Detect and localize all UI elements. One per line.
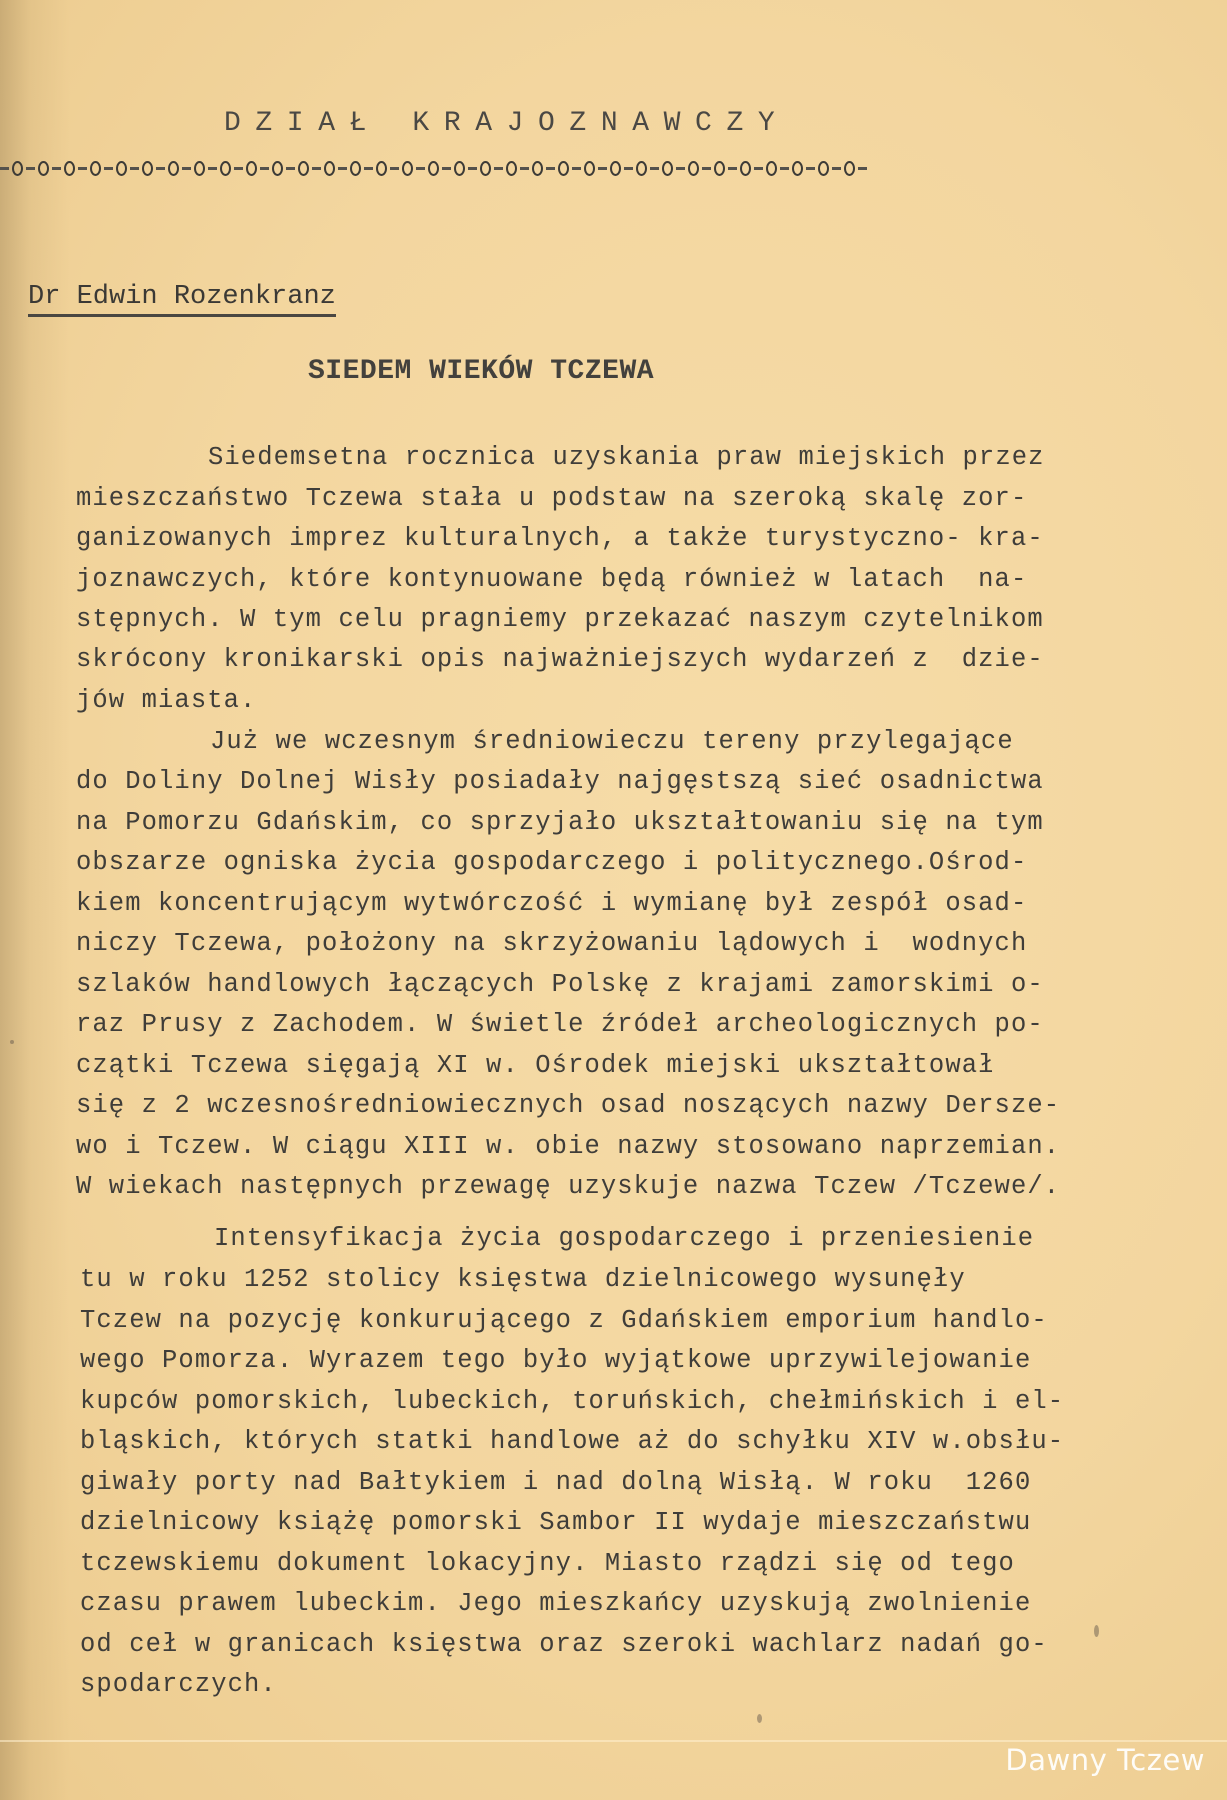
text-line: spodarczych. (80, 1670, 277, 1700)
ornament-ring (350, 161, 361, 176)
ornament-dash (26, 167, 35, 170)
ornament-ring (558, 161, 569, 176)
text-line: mieszczaństwo Tczewa stała u podstaw na … (76, 484, 1027, 514)
ornament-dash (130, 167, 139, 170)
ornament-ring (636, 161, 647, 176)
ornament-dash (624, 167, 633, 170)
ornament-dash (182, 167, 191, 170)
ornament-dash (468, 167, 477, 170)
text-line: od ceł w granicach księstwa oraz szeroki… (80, 1630, 1048, 1660)
watermark-text: Dawny Tczew (1005, 1743, 1205, 1777)
ornament-dash (312, 167, 321, 170)
ornament-ring (766, 161, 777, 176)
text-line: Już we wczesnym średniowieczu tereny prz… (210, 727, 1014, 757)
ornament-dash (806, 167, 815, 170)
ornament-dash (442, 167, 451, 170)
ornament-dash (260, 167, 269, 170)
text-line: szlaków handlowych łączących Polskę z kr… (76, 970, 1044, 1000)
ornament-dash (390, 167, 399, 170)
text-line: ganizowanych imprez kulturalnych, a takż… (76, 524, 1044, 554)
ornament-ring (428, 161, 439, 176)
text-line: wego Pomorza. Wyrazem tego było wyjątkow… (80, 1346, 1031, 1376)
author-name: Dr Edwin Rozenkranz (28, 282, 336, 317)
ornament-ring (272, 161, 283, 176)
text-line: W wiekach następnych przewagę uzyskuje n… (76, 1172, 1060, 1202)
ornament-dash (208, 167, 217, 170)
ornament-ring (142, 161, 153, 176)
paper-fold-line (0, 1740, 1227, 1742)
ornament-dash (520, 167, 529, 170)
ornament-dash (494, 167, 503, 170)
ornament-divider (0, 156, 1090, 180)
ornament-dash (286, 167, 295, 170)
ornament-ring (740, 161, 751, 176)
ornament-dash (650, 167, 659, 170)
ornament-dash (858, 167, 867, 170)
ornament-ring (584, 161, 595, 176)
text-line: joznawczych, które kontynuowane będą rów… (76, 565, 1027, 595)
ornament-ring (38, 161, 49, 176)
paper-speck (757, 1714, 762, 1723)
ornament-dash (780, 167, 789, 170)
ornament-ring (298, 161, 309, 176)
ornament-dash (0, 167, 9, 170)
ornament-ring (194, 161, 205, 176)
text-line: obszarze ogniska życia gospodarczego i p… (76, 848, 1027, 878)
ornament-dash (702, 167, 711, 170)
ornament-dash (754, 167, 763, 170)
text-line: niczy Tczewa, położony na skrzyżowaniu l… (76, 929, 1027, 959)
ornament-ring (610, 161, 621, 176)
ornament-ring (792, 161, 803, 176)
ornament-dash (104, 167, 113, 170)
text-line: Siedemsetna rocznica uzyskania praw miej… (208, 443, 1045, 473)
text-line: wo i Tczew. W ciągu XIII w. obie nazwy s… (76, 1132, 1060, 1162)
ornament-ring (324, 161, 335, 176)
article-title: SIEDEM WIEKÓW TCZEWA (308, 356, 654, 387)
ornament-ring (818, 161, 829, 176)
text-line: się z 2 wczesnośredniowiecznych osad nos… (76, 1091, 1060, 1121)
ornament-ring (506, 161, 517, 176)
text-line: raz Prusy z Zachodem. W świetle źródeł a… (76, 1010, 1044, 1040)
text-line: czasu prawem lubeckim. Jego mieszkańcy u… (80, 1589, 1031, 1619)
ornament-dash (234, 167, 243, 170)
ornament-ring (220, 161, 231, 176)
text-line: stępnych. W tym celu pragniemy przekazać… (76, 605, 1044, 635)
text-line: tczewskiemu dokument lokacyjny. Miasto r… (80, 1549, 1015, 1579)
text-line: bląskich, których statki handlowe aż do … (80, 1427, 1064, 1457)
ornament-dash (832, 167, 841, 170)
ornament-ring (64, 161, 75, 176)
ornament-dash (338, 167, 347, 170)
ornament-ring (376, 161, 387, 176)
ornament-dash (572, 167, 581, 170)
ornament-ring (12, 161, 23, 176)
text-line: czątki Tczewa sięgają XI w. Ośrodek miej… (76, 1051, 995, 1081)
ornament-ring (714, 161, 725, 176)
ornament-ring (90, 161, 101, 176)
ornament-ring (844, 161, 855, 176)
ornament-dash (364, 167, 373, 170)
text-line: tu w roku 1252 stolicy księstwa dzielnic… (80, 1265, 966, 1295)
paper-speck (10, 1040, 14, 1044)
ornament-dash (728, 167, 737, 170)
ornament-dash (52, 167, 61, 170)
ornament-ring (688, 161, 699, 176)
text-line: jów miasta. (76, 686, 256, 716)
text-line: giwały porty nad Bałtykiem i nad dolną W… (80, 1468, 1031, 1498)
ornament-ring (532, 161, 543, 176)
paper-speck (1094, 1625, 1099, 1637)
ornament-ring (246, 161, 257, 176)
ornament-dash (416, 167, 425, 170)
text-line: Intensyfikacja życia gospodarczego i prz… (214, 1224, 1034, 1254)
ornament-dash (546, 167, 555, 170)
text-line: dzielnicowy książę pomorski Sambor II wy… (80, 1508, 1031, 1538)
ornament-dash (598, 167, 607, 170)
ornament-ring (454, 161, 465, 176)
text-line: skrócony kronikarski opis najważniejszyc… (76, 645, 1044, 675)
ornament-dash (78, 167, 87, 170)
ornament-dash (676, 167, 685, 170)
ornament-ring (402, 161, 413, 176)
ornament-ring (116, 161, 127, 176)
text-line: Tczew na pozycję konkurującego z Gdański… (80, 1306, 1048, 1336)
ornament-ring (168, 161, 179, 176)
section-title: DZIAŁ KRAJOZNAWCZY (224, 108, 789, 139)
text-line: kupców pomorskich, lubeckich, toruńskich… (80, 1387, 1064, 1417)
text-line: kiem koncentrującym wytwórczość i wymian… (76, 889, 1027, 919)
ornament-ring (662, 161, 673, 176)
ornament-dash (156, 167, 165, 170)
text-line: do Doliny Dolnej Wisły posiadały najgęst… (76, 767, 1044, 797)
text-line: na Pomorzu Gdańskim, co sprzyjało ukszta… (76, 808, 1044, 838)
ornament-ring (480, 161, 491, 176)
